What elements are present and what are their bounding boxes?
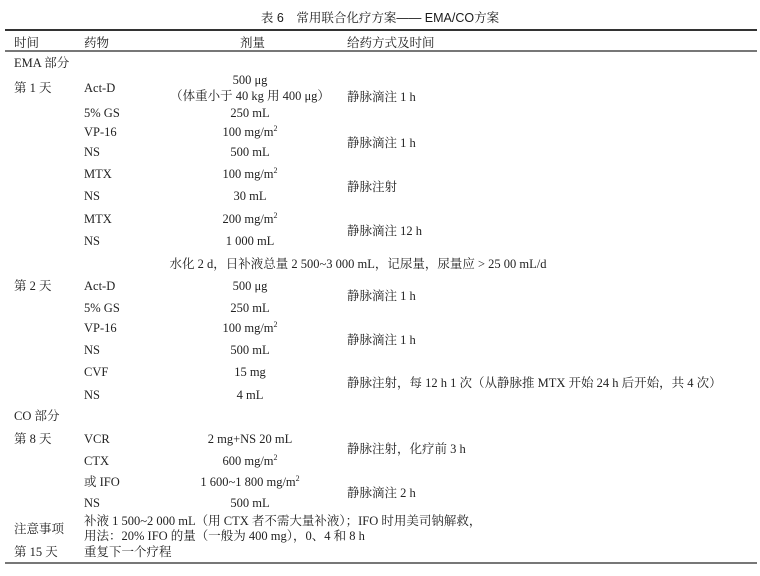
dose: 100 mg/m2 — [150, 166, 350, 182]
dose: 30 mL — [150, 188, 350, 204]
bottom-rule — [5, 562, 757, 564]
section-co: CO 部分 — [14, 408, 60, 424]
table-title: 表 6 常用联合化疗方案—— EMA/CO方案 — [0, 8, 760, 26]
day1-label: 第 1 天 — [14, 80, 52, 96]
dose: 100 mg/m2 — [150, 320, 350, 336]
drug: NS — [84, 387, 100, 403]
dose: 500 μg — [150, 278, 350, 294]
dose-value: 100 mg/m — [222, 321, 273, 335]
dose-value: 1 600~1 800 mg/m — [200, 475, 295, 489]
notes-label: 注意事项 — [14, 521, 64, 537]
drug: NS — [84, 188, 100, 204]
day15-text: 重复下一个疗程 — [84, 544, 172, 560]
drug: NS — [84, 233, 100, 249]
route: 静脉滴注 1 h — [347, 288, 416, 304]
drug: 5% GS — [84, 300, 120, 316]
dose: 100 mg/m2 — [150, 124, 350, 140]
dose: 1 600~1 800 mg/m2 — [150, 474, 350, 490]
header-route: 给药方式及时间 — [347, 33, 435, 51]
route: 静脉滴注 1 h — [347, 135, 416, 151]
route: 静脉滴注 2 h — [347, 485, 416, 501]
drug: NS — [84, 495, 100, 511]
dose: 2 mg+NS 20 mL — [150, 431, 350, 447]
dose-value: 100 mg/m — [222, 167, 273, 181]
header-time: 时间 — [14, 33, 39, 51]
drug: VP-16 — [84, 124, 117, 140]
drug: Act-D — [84, 80, 115, 96]
day8-label: 第 8 天 — [14, 431, 52, 447]
route: 静脉滴注 12 h — [347, 223, 422, 239]
dose: 600 mg/m2 — [150, 453, 350, 469]
dose: 500 mL — [150, 144, 350, 160]
dose-value: 200 mg/m — [222, 212, 273, 226]
route: 静脉注射，每 12 h 1 次（从静脉推 MTX 开始 24 h 后开始，共 4… — [347, 375, 722, 391]
day15-label: 第 15 天 — [14, 544, 58, 560]
hydration-note: 水化 2 d，日补液总量 2 500~3 000 mL，记尿量，尿量应 > 25… — [148, 256, 568, 272]
header-dose: 剂量 — [240, 33, 265, 51]
dose: 500 mL — [150, 495, 350, 511]
dose: 500 μg — [150, 72, 350, 88]
drug: CVF — [84, 364, 108, 380]
drug: NS — [84, 144, 100, 160]
dose-exp: 2 — [274, 453, 278, 462]
drug: VP-16 — [84, 320, 117, 336]
dose: 500 mL — [150, 342, 350, 358]
drug: NS — [84, 342, 100, 358]
dose: 1 000 mL — [150, 233, 350, 249]
dose: 200 mg/m2 — [150, 211, 350, 227]
route: 静脉滴注 1 h — [347, 332, 416, 348]
dose-exp: 2 — [274, 124, 278, 133]
dose-exp: 2 — [274, 211, 278, 220]
notes-line2: 用法：20% IFO 的量（一般为 400 mg），0、4 和 8 h — [84, 528, 365, 544]
dose: 4 mL — [150, 387, 350, 403]
drug: CTX — [84, 453, 109, 469]
drug: Act-D — [84, 278, 115, 294]
dose-note: （体重小于 40 kg 用 400 μg） — [150, 88, 350, 104]
dose: 15 mg — [150, 364, 350, 380]
dose: 250 mL — [150, 300, 350, 316]
drug: MTX — [84, 166, 112, 182]
drug: MTX — [84, 211, 112, 227]
header-drug: 药物 — [84, 33, 109, 51]
route: 静脉注射，化疗前 3 h — [347, 441, 466, 457]
notes-line1: 补液 1 500~2 000 mL（用 CTX 者不需大量补液）；IFO 时用美… — [84, 513, 481, 529]
dose-exp: 2 — [274, 166, 278, 175]
dose-value: 600 mg/m — [222, 454, 273, 468]
dose-exp: 2 — [274, 320, 278, 329]
drug: 5% GS — [84, 105, 120, 121]
day2-label: 第 2 天 — [14, 278, 52, 294]
drug: VCR — [84, 431, 110, 447]
section-ema: EMA 部分 — [14, 55, 69, 71]
dose-value: 100 mg/m — [222, 125, 273, 139]
dose-exp: 2 — [296, 474, 300, 483]
header-rule — [5, 50, 757, 52]
dose: 250 mL — [150, 105, 350, 121]
drug: 或 IFO — [84, 474, 120, 490]
top-rule — [5, 29, 757, 31]
route: 静脉滴注 1 h — [347, 89, 416, 105]
route: 静脉注射 — [347, 179, 397, 195]
